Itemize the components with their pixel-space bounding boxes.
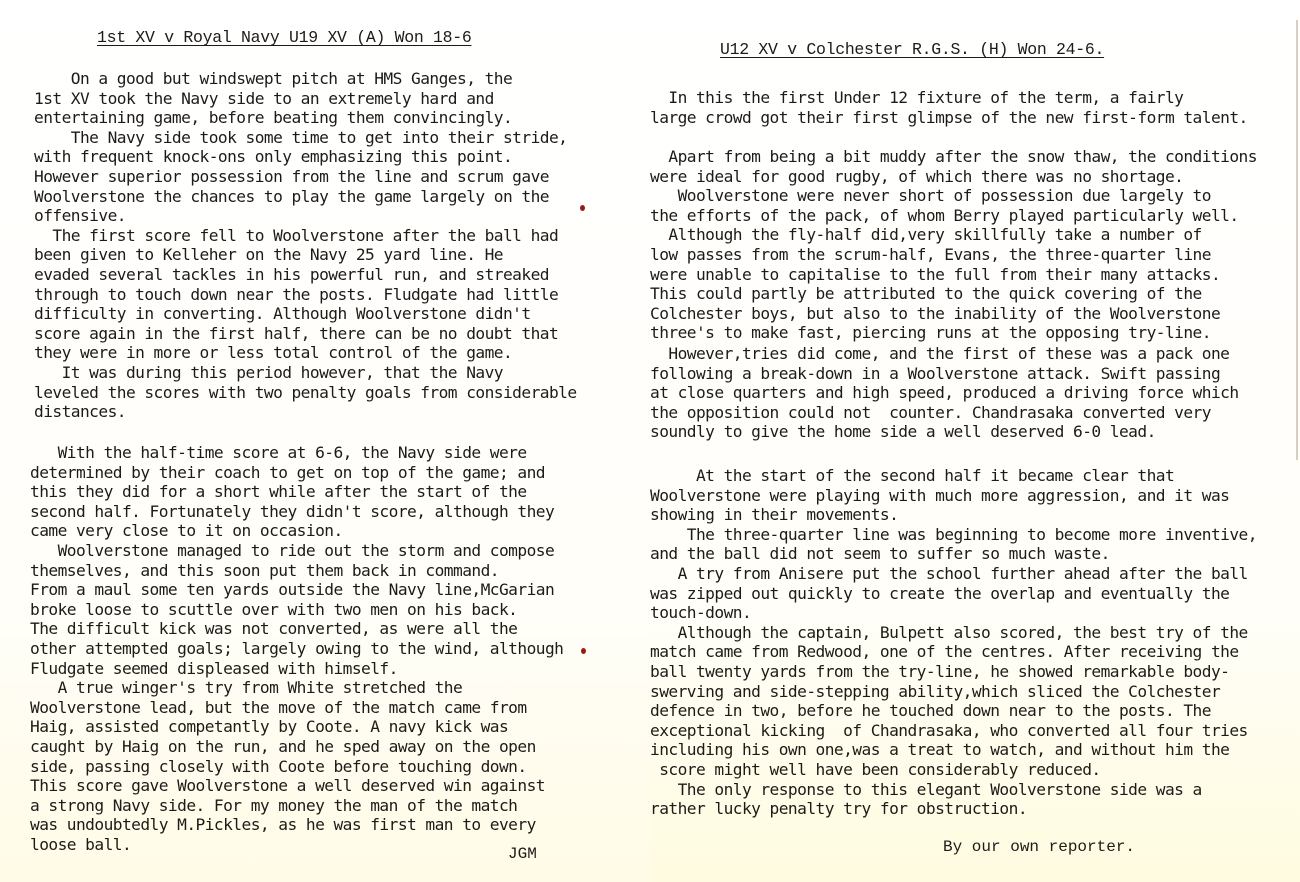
right-article-paragraph-1: In this the first Under 12 fixture of th… <box>650 88 1248 127</box>
left-article-title: 1st XV v Royal Navy U19 XV (A) Won 18-6 <box>97 28 471 47</box>
right-article-paragraph-4: At the start of the second half it becam… <box>650 466 1257 819</box>
ink-spot <box>581 648 586 654</box>
left-article-paragraph-2: With the half-time score at 6-6, the Nav… <box>30 443 563 854</box>
right-article-paragraph-3: However,tries did come, and the first of… <box>650 344 1239 442</box>
right-page: U12 XV v Colchester R.G.S. (H) Won 24-6.… <box>650 0 1300 882</box>
right-article-title: U12 XV v Colchester R.G.S. (H) Won 24-6. <box>720 40 1104 59</box>
right-article-signature: By our own reporter. <box>943 838 1135 856</box>
right-article-paragraph-2: Apart from being a bit muddy after the s… <box>650 147 1257 343</box>
left-article-signature: JGM <box>508 845 537 863</box>
ink-spot <box>580 205 585 211</box>
left-page: 1st XV v Royal Navy U19 XV (A) Won 18-6 … <box>0 0 650 882</box>
page-edge <box>1296 20 1298 460</box>
left-article-paragraph-1: On a good but windswept pitch at HMS Gan… <box>34 69 577 422</box>
